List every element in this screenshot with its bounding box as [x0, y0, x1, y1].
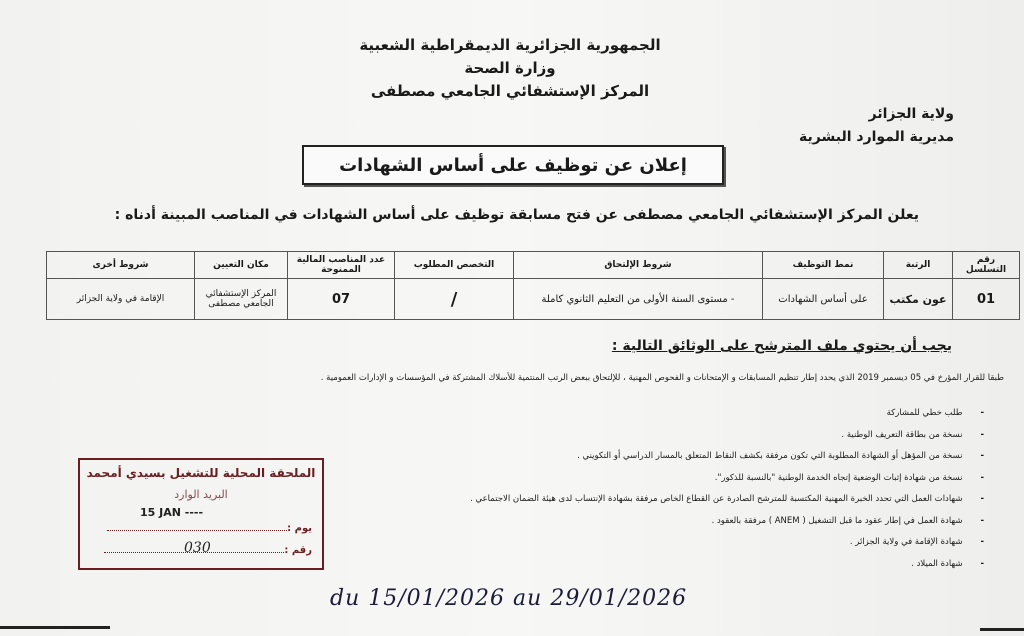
- page-edge-right: [980, 628, 1024, 631]
- documents-list: طلب خطي للمشاركة نسخة من بطاقة التعريف ا…: [470, 403, 984, 575]
- col-conditions: شروط الإلتحاق: [514, 252, 763, 279]
- documents-heading: يجب أن يحتوي ملف المترشح على الوثائق الت…: [612, 338, 952, 354]
- stamp-mail-label: البريد الوارد: [80, 488, 322, 501]
- list-item: شهادة الميلاد .: [470, 554, 984, 576]
- list-item: طلب خطي للمشاركة: [470, 403, 984, 425]
- page-edge-left: [0, 626, 110, 629]
- directorate-label: مديرية الموارد البشرية: [799, 126, 954, 149]
- stamp-number-label: رقم :: [284, 545, 312, 556]
- cell-location: المركز الإستشفائي الجامعي مصطفى: [195, 279, 288, 320]
- cell-positions: 07: [288, 279, 395, 320]
- intro-paragraph: يعلن المركز الإستشفائي الجامعي مصطفى عن …: [115, 207, 919, 223]
- list-item: شهادة الإقامة في ولاية الجزائر .: [470, 532, 984, 554]
- cell-mode: على أساس الشهادات: [763, 279, 884, 320]
- stamp-day-label: يوم :: [287, 523, 312, 534]
- ministry-title: وزارة الصحة: [300, 57, 720, 79]
- list-item: نسخة من المؤهل أو الشهادة المطلوبة التي …: [470, 446, 984, 468]
- list-item: شهادات العمل التي تحدد الخبرة المهنية ال…: [470, 489, 984, 511]
- list-item: نسخة من بطاقة التعريف الوطنية .: [470, 425, 984, 447]
- stamp-agency: الملحقة المحلية للتشغيل بسيدي أمحمد: [80, 466, 322, 480]
- col-mode: نمط التوظيف: [763, 252, 884, 279]
- cell-other: الإقامة في ولاية الجزائر: [47, 279, 195, 320]
- list-item: نسخة من شهادة إثبات الوضعية إتجاه الخدمة…: [470, 468, 984, 490]
- positions-table: رقم التسلسل الرتبة نمط التوظيف شروط الإل…: [46, 251, 1020, 320]
- decree-reference: طبقا للقرار المؤرخ في 05 ديسمبر 2019 الذ…: [321, 373, 1004, 383]
- center-title: المركز الإستشفائي الجامعي مصطفى: [300, 80, 720, 102]
- col-location: مكان التعيين: [195, 252, 288, 279]
- col-specialty: التخصص المطلوب: [395, 252, 514, 279]
- col-serial: رقم التسلسل: [953, 252, 1020, 279]
- cell-specialty: /: [395, 279, 514, 320]
- cell-conditions: - مستوى السنة الأولى من التعليم الثانوي …: [514, 279, 763, 320]
- wilaya-label: ولاية الجزائر: [799, 103, 954, 126]
- left-header: ولاية الجزائر مديرية الموارد البشرية: [799, 103, 954, 149]
- col-positions: عدد المناصب المالية الممنوحة: [288, 252, 395, 279]
- stamp-number: 030: [184, 540, 211, 556]
- cell-rank: عون مكتب: [884, 279, 953, 320]
- republic-title: الجمهورية الجزائرية الديمقراطية الشعبية: [300, 34, 720, 56]
- reception-stamp: الملحقة المحلية للتشغيل بسيدي أمحمد البر…: [78, 458, 324, 570]
- list-item: شهادة العمل في إطار عقود ما قبل التشغيل …: [470, 511, 984, 533]
- col-other: شروط أخرى: [47, 252, 195, 279]
- stamp-day-row: يوم :: [107, 522, 312, 534]
- table-row: 01 عون مكتب على أساس الشهادات - مستوى ال…: [47, 279, 1020, 320]
- cell-serial: 01: [953, 279, 1020, 320]
- col-rank: الرتبة: [884, 252, 953, 279]
- handwritten-date-range: du 15/01/2026 au 29/01/2026: [330, 586, 687, 611]
- scanned-document: الجمهورية الجزائرية الديمقراطية الشعبية …: [0, 0, 1024, 636]
- announcement-title: إعلان عن توظيف على أساس الشهادات: [302, 145, 724, 185]
- table-header-row: رقم التسلسل الرتبة نمط التوظيف شروط الإل…: [47, 252, 1020, 279]
- stamp-date: 15 JAN ----: [140, 506, 203, 519]
